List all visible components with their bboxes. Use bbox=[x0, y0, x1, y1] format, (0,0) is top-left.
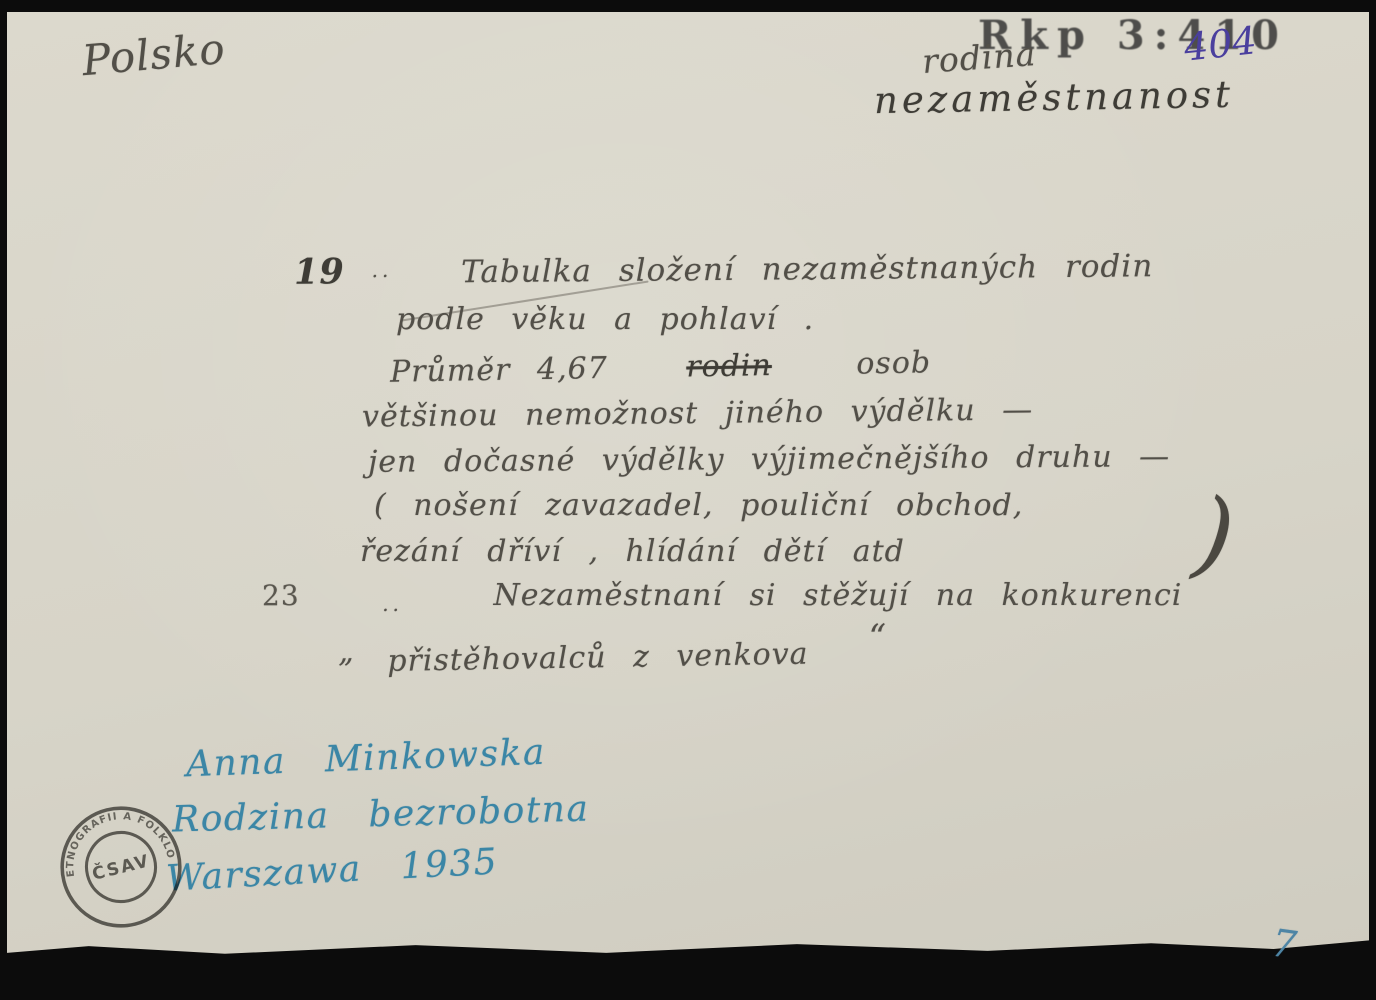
keyword-rodina: rodina bbox=[921, 34, 1038, 81]
note19-line3-before: Průměr 4,67 bbox=[390, 351, 608, 390]
page-number: 7 bbox=[1269, 921, 1299, 968]
note23-line1: 23 .. Nezaměstnaní si stěžují na konkure… bbox=[262, 578, 1182, 616]
note23-line2-text: přistěhovalců z venkova bbox=[387, 637, 809, 679]
stamp-center-text: ČSAV bbox=[90, 849, 153, 885]
note19-line2: podle věku a pohlaví . bbox=[396, 302, 814, 337]
note19-line5: jen dočasné výdělky výjimečnějšího druhu… bbox=[368, 439, 1170, 480]
note23-line2: „ přistěhovalců z venkova “ bbox=[338, 617, 888, 680]
note19-line4: většinou nemožnost jiného výdělku — bbox=[362, 392, 1033, 434]
keyword-nezamestnanost: nezaměstnanost bbox=[874, 73, 1235, 122]
note19-line1: 19 .. Tabulka složení nezaměstnaných rod… bbox=[294, 244, 1154, 292]
note19-number: 19 bbox=[294, 251, 345, 292]
note23-close-quote: “ bbox=[868, 617, 887, 657]
note23-open-quote: „ bbox=[338, 635, 355, 670]
scan-background: { "page": { "number": "7" }, "annotation… bbox=[0, 0, 1376, 1000]
note19-line3-struck-word: rodin bbox=[686, 348, 772, 384]
note23-dots: .. bbox=[382, 592, 403, 616]
note23-number: 23 bbox=[262, 579, 300, 612]
note19-line3-after: osob bbox=[856, 345, 931, 381]
note19-dots: .. bbox=[371, 258, 392, 282]
note19-line7: řezání dříví , hlídání dětí atd bbox=[360, 534, 905, 569]
blue-archive-number: 404 bbox=[1182, 18, 1259, 69]
note19-line1-text: Tabulka složení nezaměstnaných rodin bbox=[461, 248, 1153, 290]
note19-line6: ( nošení zavazadel, pouliční obchod, bbox=[374, 488, 1023, 523]
note23-line1-text: Nezaměstnaní si stěžují na konkurenci bbox=[493, 578, 1182, 613]
